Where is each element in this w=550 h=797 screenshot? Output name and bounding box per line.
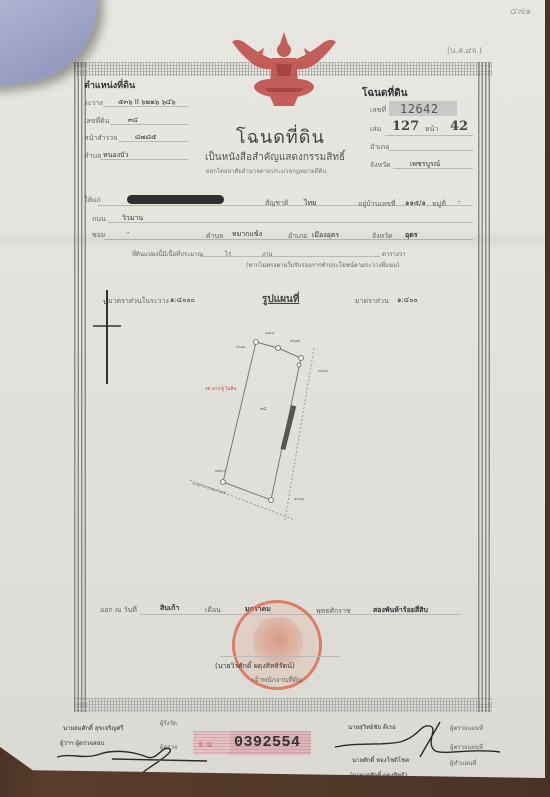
serial-prefix: จ.ฉ [198,737,212,751]
document-title: โฉนดที่ดิน [236,122,325,151]
left-signatory: นายสมศักดิ์ สุขเจริญศรี [63,723,124,733]
scale-right-label: มาตราส่วน [355,296,389,307]
district2-label: อำเภอ [288,231,307,242]
svg-text:น: น [103,298,108,306]
province2-label: จังหวัด [372,231,393,242]
road-line [108,222,473,223]
book-line [385,135,473,136]
area-line [200,256,380,257]
svg-text:จด นาง ผู้ ไพลิน: จด นาง ผู้ ไพลิน [205,386,236,392]
parcel-no-line [110,124,188,125]
subdistrict2-value: หมากแข้ง [232,229,262,240]
address-label: อยู่บ้านเลขที่ [358,199,396,210]
north-arrow-icon: น [93,290,121,384]
right-signatory-3: (นายวรศักดิ์ ผดุงสิทธิ) [350,770,407,780]
svg-text:๑๒๓๔: ๑๒๓๔ [265,331,275,335]
svg-text:๙๐๑๒: ๙๐๑๒ [236,345,246,349]
parcel-map: น จด นาง ผู้ ไพลิน ๓๔ ถนนสาธารณประโยชน์ … [80,280,340,520]
year-label: พุทธศักราช [316,606,351,617]
ngan-label: งาน [262,249,272,259]
district2-value: เมืองอุดร [312,230,339,241]
parcel-no-label: เลขที่ดิน [84,116,109,127]
nationality-label: สัญชาติ [265,198,288,209]
deed-number: 12642 [400,102,439,116]
scale-right-value: ๑:๔๐๐ [397,295,418,306]
photo-scene: ๔๗๑ (น.ส.๔จ.) [0,0,550,797]
district-line [388,150,473,151]
border-bottom [74,698,492,712]
province2-value: อุดร [405,230,418,241]
survey-page-label: หน้าสำรวจ [84,133,117,144]
garuda-emblem-icon [228,30,340,112]
deed-heading: โฉนดที่ดิน [362,86,407,101]
book-label: เล่ม [370,124,381,135]
sheet-line [103,106,188,107]
subdistrict-line [100,159,188,160]
road-label: ถนน [92,214,106,225]
nationality-value: ไทย [304,198,316,209]
page-number: 42 [450,119,468,134]
svg-text:๓๔: ๓๔ [260,406,267,412]
moo-value: - [458,198,461,206]
province-line [393,168,473,169]
document-authority: ออกโดยอาศัยอำนาจตามประมวลกฎหมายที่ดิน [206,166,327,176]
deed-number-label: เลขที่ [370,105,386,116]
border-right [478,62,492,712]
officer-signature-line [220,656,340,657]
book-number: 127 [392,119,419,134]
svg-text:๓๔๕๖: ๓๔๕๖ [318,369,329,373]
moo-label: หมู่ที่ [432,199,446,210]
officer-title: เจ้าพนักงานที่ดิน [252,675,302,686]
area-label: ที่ดินแปลงนี้มีเนื้อที่ประมาณ [132,249,203,259]
address-value: ๑๑๕/๑ [405,198,426,209]
location-heading: ตำแหน่งที่ดิน [84,78,135,92]
redacted-owner-name [127,195,224,204]
document-subtitle: เป็นหนังสือสำคัญแสดงกรรมสิทธิ์ [205,150,345,165]
area-note: (หากไม่ตรงตามใบรับรองการทำประโยชน์ตามระว… [246,260,399,270]
form-code: (น.ส.๔จ.) [447,44,482,57]
sheet-label: ระวาง [84,98,103,109]
survey-page-line [118,141,188,142]
pencil-note: ๔๗๑ [510,4,531,19]
location-line [104,239,473,240]
page-label: หน้า [425,124,438,135]
province-label: จังหวัด [370,160,391,171]
land-title-deed: ๔๗๑ (น.ส.๔จ.) [0,0,545,778]
svg-text:๗๘๙๐: ๗๘๙๐ [215,469,225,473]
subdistrict-label: ตำบล [84,151,101,162]
serial-number: 0392554 [234,734,301,751]
svg-text:๕๖๗๘: ๕๖๗๘ [290,339,301,343]
soi-value: - [127,229,130,237]
soi-label: ซอย [92,230,105,241]
district-label: อำเภอ [370,142,389,153]
issued-label: ออก ณ วันที่ [100,605,137,616]
wa-label: ตารางวา [382,249,406,259]
right-signature [330,712,510,767]
left-signature [52,735,212,775]
officer-name: (นายวิรศักดิ์ ผดุงสิทธิรัตน์) [215,661,295,672]
left-role-1: ผู้รังวัด [160,718,177,728]
subdistrict2-label: ตำบล [206,231,223,242]
rai-label: ไร่ [225,249,231,259]
svg-text:๑๔๗๒: ๑๔๗๒ [294,497,305,501]
issued-day: สิบเก้า [160,603,179,614]
